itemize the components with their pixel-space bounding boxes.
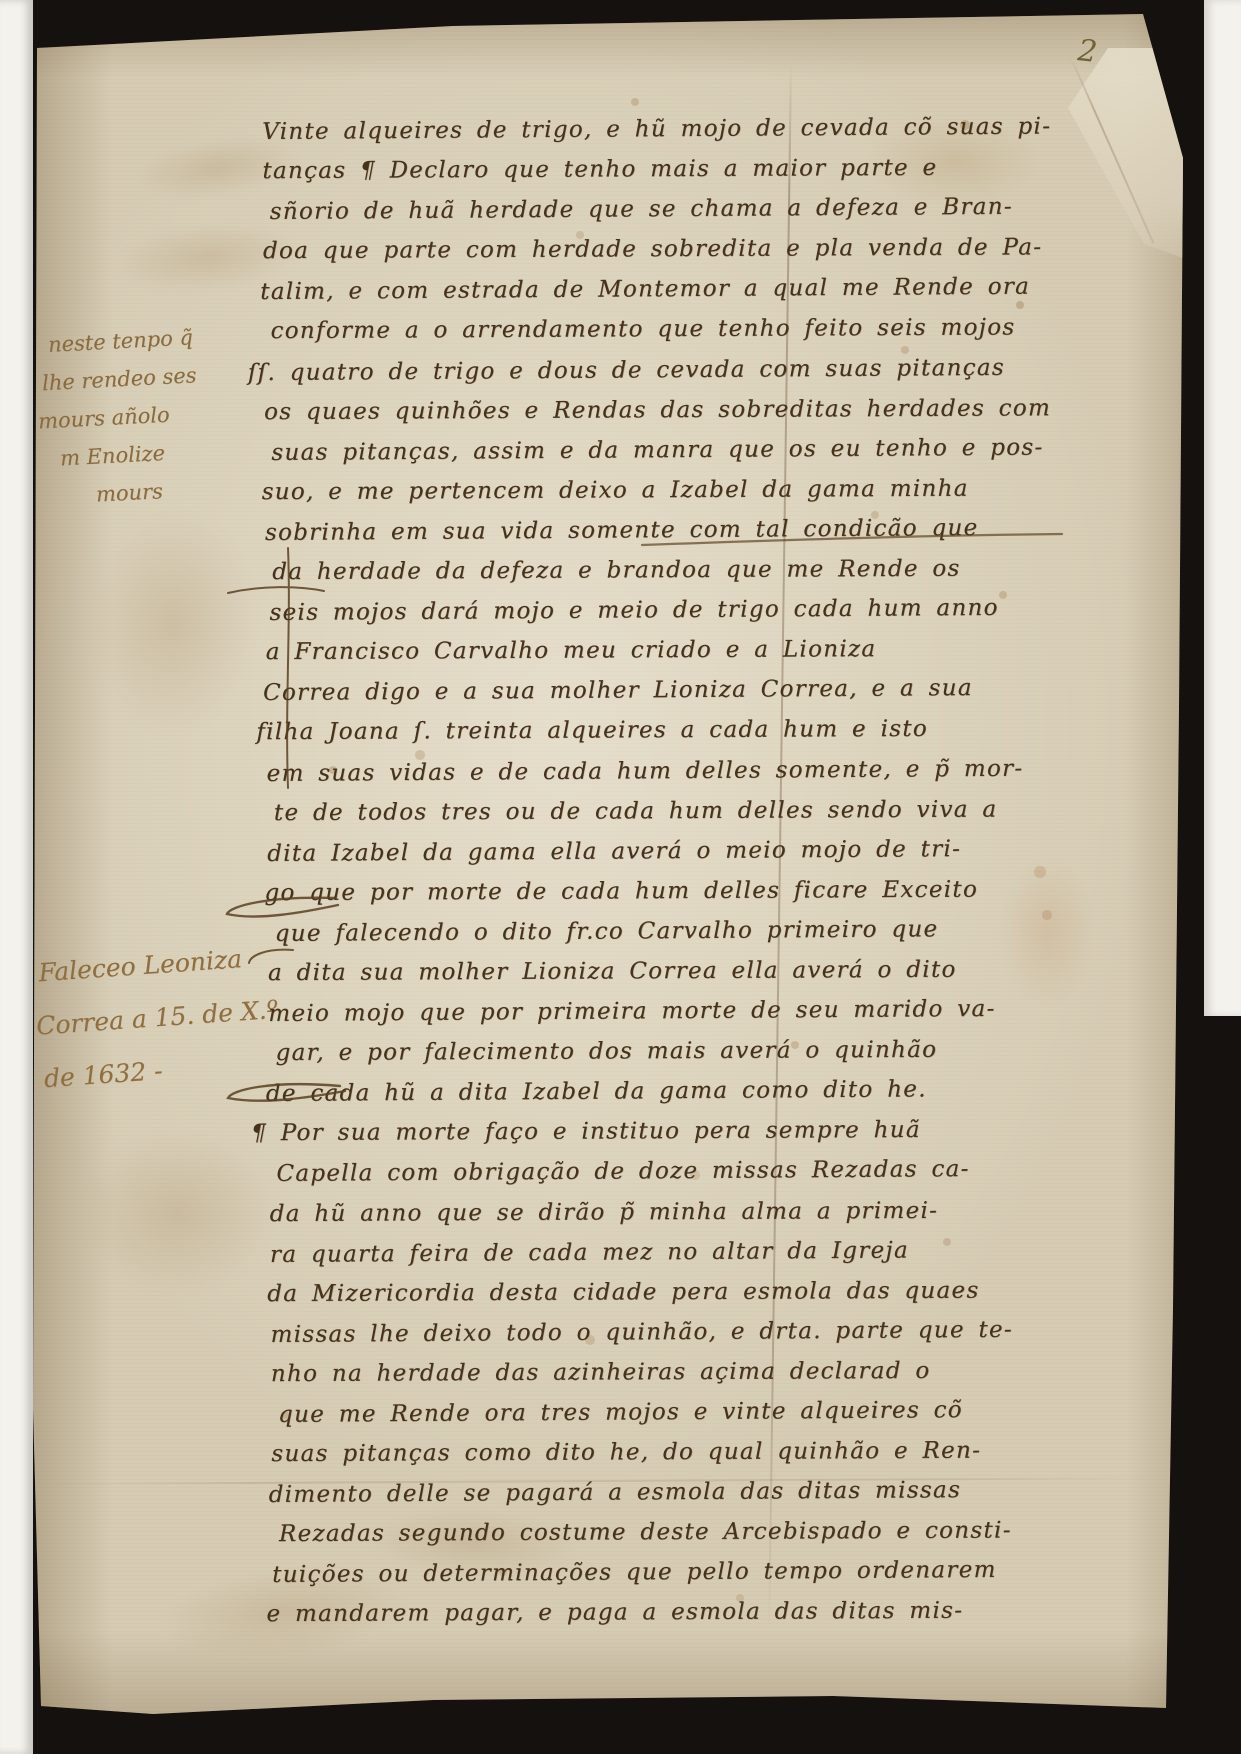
manuscript-line: meio mojo que por primeira morte de seu … (268, 988, 1078, 1034)
manuscript-line: seis mojos dará mojo e meio de trigo cad… (269, 587, 1075, 633)
manuscript-line: dimento delle se pagará a esmola das dit… (269, 1469, 1082, 1515)
margin-note-death-record: Faleceo LeonizaCorrea a 15. de X.ºde 163… (37, 930, 284, 1105)
manuscript-line: que me Rende ora tres mojos e vinte alqu… (278, 1389, 1081, 1435)
scan-bed-strip-right (1204, 0, 1241, 1016)
manuscript-line: Correa digo e a sua molher Lioniza Corre… (263, 668, 1076, 714)
manuscript-line: go que por morte de cada hum delles fica… (264, 869, 1077, 913)
manuscript-line: da herdade da defeza e brandoa que me Re… (272, 548, 1075, 592)
manuscript-line: gar, e por falecimento dos mais averá o … (275, 1029, 1078, 1073)
manuscript-line: suo, e me pertencem deixo a Izabel da ga… (262, 468, 1075, 512)
manuscript-line: sobrinha em sua vida somente com tal con… (265, 507, 1075, 553)
manuscript-line: em suas vidas e de cada hum delles somen… (266, 748, 1076, 794)
manuscript-line: dita Izabel da gama ella averá o meio mo… (267, 828, 1077, 874)
manuscript-line: tanças ¶ Declaro que tenho mais a maior … (262, 147, 1072, 191)
manuscript-line: e mandarem pagar, e paga a esmola das di… (266, 1591, 1082, 1635)
manuscript-line: te de todos tres ou de cada hum delles s… (274, 789, 1077, 833)
scanned-manuscript-photo: { "page": { "folio_number": "2" }, "manu… (0, 0, 1241, 1754)
manuscript-line: que falecendo o dito fr.co Carvalho prim… (275, 908, 1078, 954)
manuscript-line: doa que parte com herdade sobredita e pl… (263, 227, 1073, 271)
manuscript-line: sñorio de huã herdade que se chama a def… (270, 187, 1073, 233)
foxing-spots (33, 8, 37, 12)
manuscript-line: da hũ anno que se dirão p̃ minha alma a … (270, 1190, 1080, 1234)
manuscript-line: missas lhe deixo todo o quinhão, e drta.… (270, 1309, 1080, 1355)
manuscript-line: filha Joana ſ. treinta alqueires a cada … (256, 709, 1076, 753)
manuscript-line: ſſ. quatro de trigo e dous de cevada com… (248, 347, 1074, 393)
scan-bed-strip-left (0, 0, 33, 1754)
margin-note-rents: neste tenpo q̃lhe rendeo sesmours añolom… (47, 318, 203, 515)
manuscript-line: ¶ Por sua morte faço e instituo pera sem… (251, 1110, 1079, 1154)
manuscript-line: Rezadas segundo costume deste Arcebispad… (279, 1510, 1082, 1554)
manuscript-line: da Mizericordia desta cidade pera esmola… (267, 1270, 1080, 1314)
manuscript-line: conforme a o arrendamento que tenho feit… (270, 308, 1073, 352)
manuscript-line: talim, e com estrada de Montemor a qual … (260, 267, 1073, 313)
manuscript-line: nho na herdade das azinheiras açima decl… (271, 1350, 1081, 1394)
folio-number: 2 (1076, 33, 1099, 70)
margin-note-line: lhe rendeo ses (41, 356, 197, 402)
manuscript-line: tuições ou determinações que pello tempo… (272, 1550, 1082, 1596)
manuscript-line: suas pitanças, assim e da manra que os e… (271, 427, 1074, 473)
ink-showthrough (80, 502, 266, 743)
manuscript-line: a dita sua molher Lioniza Correa ella av… (268, 949, 1078, 993)
manuscript-line: de cada hũ a dita Izabel da gama como di… (266, 1069, 1079, 1115)
manuscript-line: suas pitanças como dito he, do qual quin… (271, 1430, 1081, 1474)
manuscript-line: Capella com obrigação de doze missas Rez… (276, 1149, 1079, 1195)
margin-note-line: mours (95, 470, 203, 514)
manuscript-line: os quaes quinhões e Rendas das sobredita… (264, 388, 1074, 432)
manuscript-body-text: Vinte alqueires de trigo, e hũ mojo de c… (262, 106, 1083, 1635)
manuscript-line: Vinte alqueires de trigo, e hũ mojo de c… (262, 106, 1072, 152)
manuscript-line: ra quarta feira de cada mez no altar da … (270, 1229, 1080, 1275)
manuscript-line: a Francisco Carvalho meu criado e a Lion… (266, 628, 1076, 672)
